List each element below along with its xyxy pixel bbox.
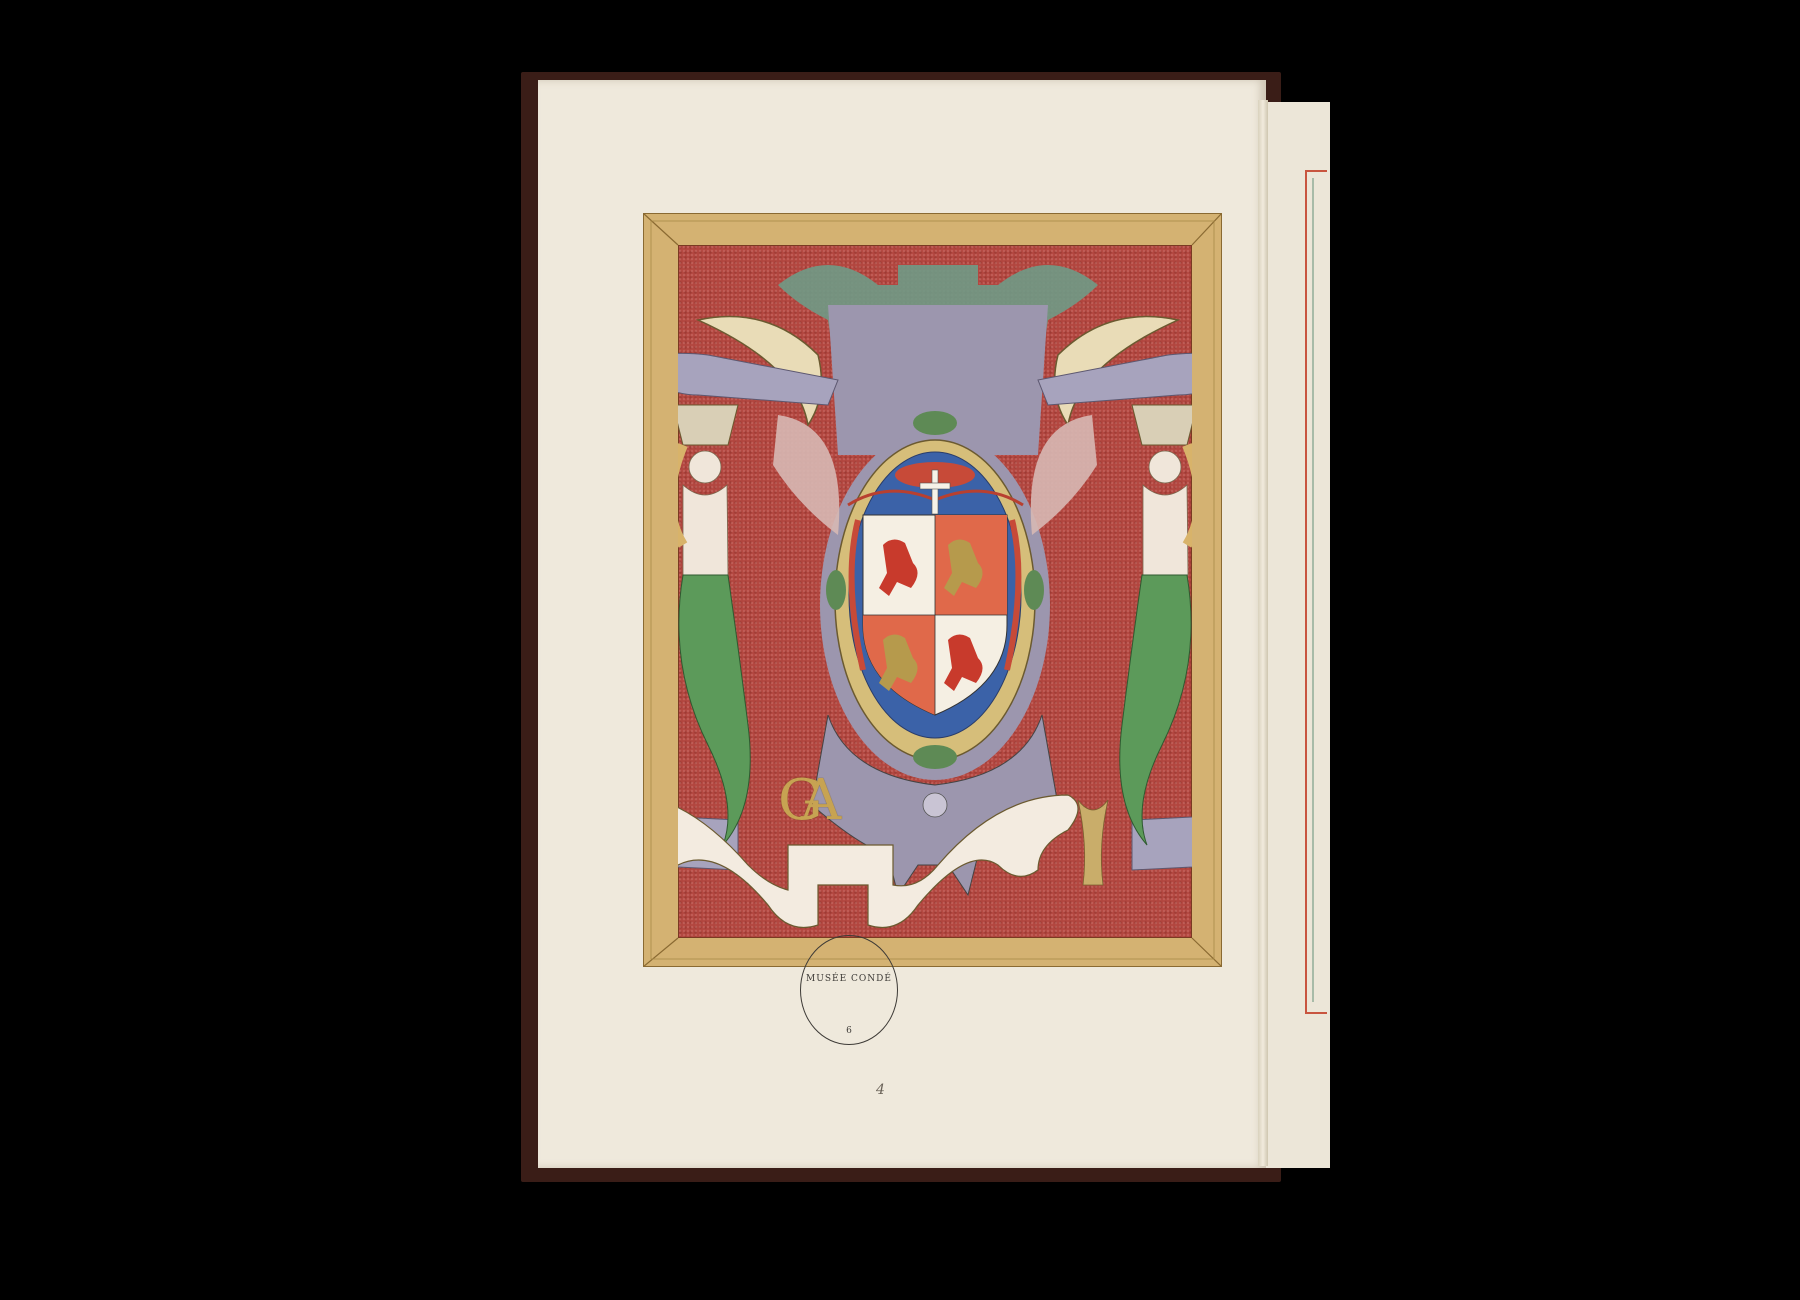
stamp-text: MUSÉE CONDÉ — [801, 974, 897, 984]
facing-page-green-rule — [1312, 178, 1328, 1002]
page-gutter-edge — [1258, 100, 1268, 1166]
armorial-illustration — [678, 245, 1192, 938]
stamp-number: 6 — [801, 1026, 897, 1036]
red-panel — [678, 245, 1192, 938]
folio-number: 4 — [876, 1082, 885, 1098]
ga-monogram: GA — [778, 768, 819, 833]
museum-stamp: MUSÉE CONDÉ 6 — [800, 935, 898, 1045]
